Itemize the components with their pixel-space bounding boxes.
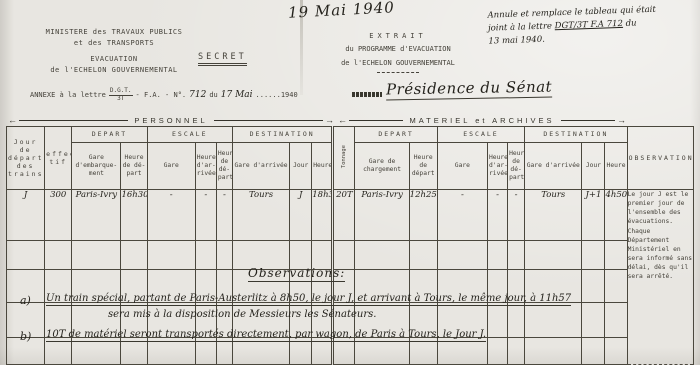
empty-cell bbox=[605, 241, 627, 270]
col-p-dep-heure: Heure de dé- part bbox=[121, 143, 147, 190]
secret-stamp: SECRET bbox=[198, 52, 247, 66]
empty-row bbox=[7, 241, 694, 270]
empty-cell bbox=[605, 338, 627, 365]
group-depart-materiel: DEPART bbox=[355, 127, 437, 143]
col-m-esc-hdep: Heure de dé- part bbox=[508, 143, 525, 190]
extrait-block: EXTRAIT du PROGRAMME d'EVACUATION de l'E… bbox=[318, 30, 478, 73]
cell-p-esc-harr: - bbox=[195, 190, 216, 241]
annex-mid: - F.A. - N°. bbox=[136, 91, 187, 99]
cell-m-dep-heure: 12h25 bbox=[409, 190, 437, 241]
group-escale-personnel: ESCALE bbox=[147, 127, 232, 143]
col-p-esc-hdep: Heure de dé- part bbox=[216, 143, 232, 190]
note-a-line2: sera mis à la disposition de Messieurs l… bbox=[108, 309, 376, 320]
cell-m-esc-gare: - bbox=[437, 190, 487, 241]
materiel-label: MATERIEL et ARCHIVES bbox=[405, 116, 558, 125]
empty-cell bbox=[508, 338, 525, 365]
empty-cell bbox=[582, 303, 605, 338]
extrait-line2: du PROGRAMME d'EVACUATION bbox=[318, 43, 478, 56]
annex-year: ......1940 bbox=[256, 91, 298, 99]
empty-cell bbox=[582, 241, 605, 270]
personnel-label: PERSONNEL bbox=[130, 116, 211, 125]
evac-line2: de l'ECHELON GOUVERNEMENTAL bbox=[26, 65, 202, 76]
empty-cell bbox=[409, 241, 437, 270]
col-p-dest-heure: Heure bbox=[312, 143, 333, 190]
annex-date-hand: 17 Mai bbox=[221, 90, 253, 100]
empty-cell bbox=[525, 241, 582, 270]
empty-cell bbox=[487, 338, 507, 365]
data-row: J 300 Paris-Ivry 16h30 - - - Tours J 18h… bbox=[7, 190, 694, 241]
arrow-right-icon: → bbox=[617, 115, 626, 125]
empty-cell bbox=[216, 241, 232, 270]
empty-cell bbox=[437, 241, 487, 270]
empty-cell bbox=[355, 241, 409, 270]
col-p-esc-gare: Gare bbox=[147, 143, 195, 190]
empty-cell bbox=[508, 241, 525, 270]
empty-cell bbox=[605, 270, 627, 303]
empty-cell bbox=[525, 303, 582, 338]
col-p-dest-jour: Jour bbox=[290, 143, 312, 190]
cell-m-dep-gare: Paris-Ivry bbox=[355, 190, 409, 241]
cell-p-dest-jour: J bbox=[290, 190, 312, 241]
cell-m-dest-heure: 4h50 bbox=[605, 190, 627, 241]
observations-heading: Observations: bbox=[248, 266, 345, 282]
empty-cell bbox=[121, 241, 147, 270]
empty-cell bbox=[605, 303, 627, 338]
cell-m-dest-gare: Tours bbox=[525, 190, 582, 241]
group-destination-personnel: DESTINATION bbox=[232, 127, 332, 143]
col-p-dep-gare: Gare d'embarque- ment bbox=[72, 143, 121, 190]
col-m-dest-jour: Jour bbox=[582, 143, 605, 190]
cell-effectif: 300 bbox=[45, 190, 72, 241]
annex-reference-line: ANNEXE à la lettre D.G.T. 3T - F.A. - N°… bbox=[30, 88, 298, 102]
empty-cell bbox=[147, 241, 195, 270]
empty-cell bbox=[525, 338, 582, 365]
empty-cell bbox=[487, 241, 507, 270]
note-a-line1: Un train spécial, partant de Paris-Auste… bbox=[46, 293, 571, 306]
col-p-esc-harr: Heure d'ar- rivée bbox=[195, 143, 216, 190]
col-m-dest-heure: Heure bbox=[605, 143, 627, 190]
annex-du: du bbox=[209, 91, 217, 99]
empty-cell bbox=[195, 241, 216, 270]
evac-line1: EVACUATION bbox=[26, 54, 202, 65]
cell-p-dep-gare: Paris-Ivry bbox=[72, 190, 121, 241]
extrait-title: EXTRAIT bbox=[318, 30, 478, 43]
col-observations: OBSERVATIONS bbox=[627, 127, 693, 190]
note-b-line: 10T de matériel seront transportés direc… bbox=[46, 329, 486, 342]
materiel-span-arrow: ← MATERIEL et ARCHIVES → bbox=[338, 114, 626, 126]
note-a-label: a) bbox=[20, 294, 31, 307]
cell-m-dest-jour: J+1 bbox=[582, 190, 605, 241]
col-jour-depart: Jour de départ des trains bbox=[7, 127, 45, 190]
recipient-handwritten: Présidence du Sénat bbox=[386, 78, 552, 101]
cell-m-esc-harr: - bbox=[487, 190, 507, 241]
col-m-esc-gare: Gare bbox=[437, 143, 487, 190]
empty-cell bbox=[487, 303, 507, 338]
cell-jour: J bbox=[7, 190, 45, 241]
empty-cell bbox=[45, 241, 72, 270]
annex-prefix: ANNEXE à la lettre bbox=[30, 91, 106, 99]
group-depart-personnel: DEPART bbox=[72, 127, 147, 143]
handwritten-date: 19 Mai 1940 bbox=[288, 0, 396, 22]
group-header-row: Jour de départ des trains effec- tif DEP… bbox=[7, 127, 694, 143]
col-tonnage: Tonnage bbox=[333, 127, 355, 190]
empty-cell bbox=[582, 270, 605, 303]
letter-reference: DGT/3T F.A 712 bbox=[555, 19, 624, 31]
annex-service-fraction: D.G.T. 3T bbox=[109, 88, 133, 102]
extrait-line3: de l'ECHELON GOUVERNEMENTAL bbox=[318, 57, 478, 70]
arrow-right-icon: → bbox=[325, 115, 334, 125]
group-escale-materiel: ESCALE bbox=[437, 127, 524, 143]
arrow-left-icon: ← bbox=[338, 115, 347, 125]
cell-p-esc-hdep: - bbox=[216, 190, 232, 241]
cell-p-dest-gare: Tours bbox=[232, 190, 289, 241]
col-m-dep-heure: Heure de départ bbox=[409, 143, 437, 190]
extrait-underline bbox=[377, 72, 419, 73]
empty-cell bbox=[582, 338, 605, 365]
evacuation-block: EVACUATION de l'ECHELON GOUVERNEMENTAL bbox=[26, 54, 202, 75]
empty-cell bbox=[508, 303, 525, 338]
col-m-dep-gare: Gare de chargement bbox=[355, 143, 409, 190]
col-m-esc-harr: Heure d'ar- rivée bbox=[487, 143, 507, 190]
document-sheet: 19 Mai 1940 MINISTERE des TRAVAUX PUBLIC… bbox=[0, 0, 700, 365]
cell-tonnage: 20T bbox=[333, 190, 355, 241]
col-m-dest-gare: Gare d'arrivée bbox=[525, 143, 582, 190]
ministry-line2: et des TRANSPORTS bbox=[26, 38, 202, 49]
ministry-line1: MINISTERE des TRAVAUX PUBLICS bbox=[26, 27, 202, 38]
annex-number-hand: 712 bbox=[189, 90, 206, 100]
personnel-span-arrow: ← PERSONNEL → bbox=[8, 114, 334, 126]
cell-p-esc-gare: - bbox=[147, 190, 195, 241]
empty-cell bbox=[72, 241, 121, 270]
cell-m-esc-hdep: - bbox=[508, 190, 525, 241]
note-b-label: b) bbox=[20, 330, 31, 343]
group-destination-materiel: DESTINATION bbox=[525, 127, 627, 143]
arrow-left-icon: ← bbox=[8, 115, 17, 125]
struck-out-word bbox=[352, 92, 382, 97]
empty-cell bbox=[7, 241, 45, 270]
observations-note: Le jour J est le premier jour de l'ensem… bbox=[627, 190, 693, 365]
ministry-block: MINISTERE des TRAVAUX PUBLICS et des TRA… bbox=[26, 27, 202, 49]
cell-p-dep-heure: 16h30 bbox=[121, 190, 147, 241]
cell-p-dest-heure: 18h35 bbox=[312, 190, 333, 241]
col-p-dest-gare: Gare d'arrivée bbox=[232, 143, 289, 190]
marginal-annotation: Annule et remplace le tableau qui était … bbox=[487, 2, 696, 49]
col-effectif: effec- tif bbox=[45, 127, 72, 190]
